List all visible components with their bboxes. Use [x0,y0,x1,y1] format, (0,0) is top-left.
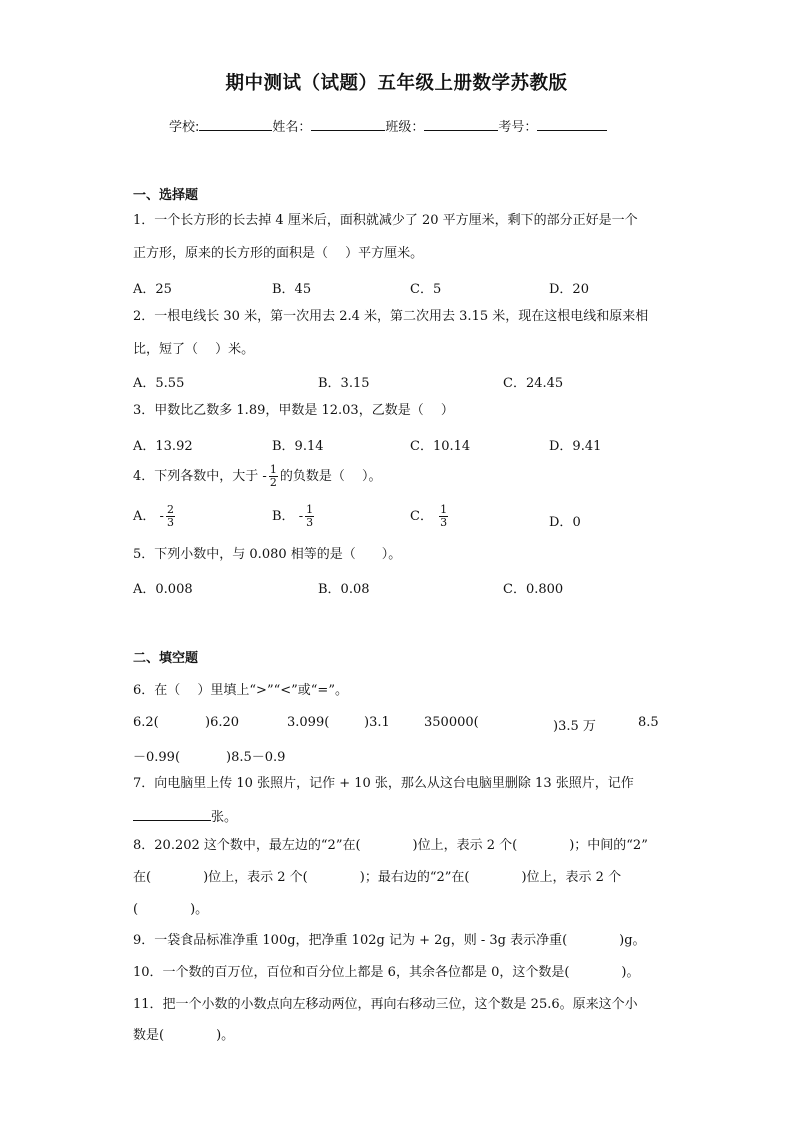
question-text: 把一个小数的小数点向左移动两位，再向右移动三位，这个数是 25.6。原来这个小 [163,997,638,1012]
q6-item-2-left: 3.099( [287,715,329,730]
q4-option-a[interactable]: A． -23 [133,503,177,531]
minus-sign: - [299,509,303,524]
question-11-line-2: 数是( )。 [133,1028,234,1044]
name-label: 姓名： [272,120,311,135]
school-blank[interactable] [199,118,272,131]
question-number: 6． [133,683,154,698]
q2-option-b[interactable]: B．3.15 [318,372,370,391]
option-label: D． [549,515,572,530]
class-blank[interactable] [424,118,498,131]
question-10-line-1: 10．一个数的百万位，百位和百分位上都是 6，其余各位都是 0，这个数是( )。 [133,965,640,981]
question-8-line-2: 在( )位上，表示 2 个( )；最右边的“2”在( )位上，表示 2 个 [133,870,621,886]
question-text: 甲数比乙数多 1.89，甲数是 12.03，乙数是（ ） [154,403,454,418]
question-number: 1． [133,213,154,228]
question-8-line-3: ( )。 [133,902,208,918]
q3-option-b[interactable]: B．9.14 [272,435,324,454]
q6-item-2-right: )3.1 [364,715,390,730]
question-number: 4． [133,469,154,484]
question-text: 下列小数中，与 0.080 相等的是（ ）。 [154,547,401,562]
question-number: 7． [133,776,154,791]
question-text: 向电脑里上传 10 张照片，记作 + 10 张，那么从这台电脑里删除 13 张照… [154,776,633,791]
q4-option-c[interactable]: C． 13 [410,503,450,531]
question-8-line-1: 8．20.202 这个数中，最左边的“2”在( )位上，表示 2 个( )；中间… [133,838,648,854]
q3-option-d[interactable]: D．9.41 [549,435,601,454]
question-text: 一个数的百万位，百位和百分位上都是 6，其余各位都是 0，这个数是( )。 [163,965,640,980]
page-title: 期中测试（试题）五年级上册数学苏教版 [0,69,793,95]
question-9-line-1: 9．一袋食品标准净重 100g，把净重 102g 记为 + 2g，则 - 3g … [133,933,646,949]
q5-option-a[interactable]: A．0.008 [133,578,193,597]
q2-option-c[interactable]: C．24.45 [503,372,563,391]
question-number: 8． [133,838,154,853]
question-text: 20.202 这个数中，最左边的“2”在( )位上，表示 2 个( )；中间的“… [154,838,648,853]
section-title-choice: 一、选择题 [133,188,198,204]
question-text: 下列各数中，大于 - [154,469,267,484]
denominator: 2 [270,477,277,489]
denominator: 3 [167,517,174,529]
question-1-line-1: 1．一个长方形的长去掉 4 厘米后，面积就减少了 20 平方厘米，剩下的部分正好… [133,213,638,229]
question-number: 10． [133,965,163,980]
fraction: 12 [269,464,278,489]
question-text: 一袋食品标准净重 100g，把净重 102g 记为 + 2g，则 - 3g 表示… [154,933,645,948]
school-label: 学校: [169,120,199,135]
question-text: 的负数是（ ）。 [280,469,382,484]
q5-option-b[interactable]: B．0.08 [318,578,370,597]
question-text: 张。 [211,810,237,825]
q5-option-c[interactable]: C．0.800 [503,578,563,597]
class-label: 班级： [385,120,424,135]
option-label: B． [272,509,295,524]
q1-option-a[interactable]: A．25 [133,278,172,297]
option-label: A． [133,509,155,524]
student-info-row: 学校:姓名：班级：考号： [169,116,607,135]
question-number: 3． [133,403,154,418]
option-value: 0 [572,515,580,530]
q3-option-a[interactable]: A．13.92 [133,435,193,454]
question-7-line-2: 张。 [133,808,237,826]
question-text: 一根电线长 30 米，第一次用去 2.4 米，第二次用去 3.15 米，现在这根… [154,309,648,324]
question-text: 一个长方形的长去掉 4 厘米后，面积就减少了 20 平方厘米，剩下的部分正好是一… [154,213,637,228]
denominator: 3 [306,517,313,529]
option-label: C． [410,509,433,524]
question-number: 9． [133,933,154,948]
q1-option-c[interactable]: C．5 [410,278,441,297]
question-4-line-1: 4．下列各数中，大于 -12的负数是（ ）。 [133,463,381,491]
q6-item-3-left: 350000( [424,715,479,730]
fraction: 13 [439,504,448,529]
question-2-line-1: 2．一根电线长 30 米，第一次用去 2.4 米，第二次用去 3.15 米，现在… [133,309,648,325]
q6-item-4-mid: －0.99( [133,746,180,765]
q6-item-1-right: )6.20 [205,715,239,730]
question-6-line-1: 6．在（ ）里填上“>”“<”或“=”。 [133,683,348,699]
q6-item-1-left: 6.2( [133,715,159,730]
question-2-line-2: 比，短了（ ）米。 [133,342,254,358]
question-3-line-1: 3．甲数比乙数多 1.89，甲数是 12.03，乙数是（ ） [133,403,454,419]
fraction: 13 [305,504,314,529]
question-number: 2． [133,309,154,324]
fraction: 23 [166,504,175,529]
q6-item-3-right: )3.5 万 [553,715,596,734]
q1-option-d[interactable]: D．20 [549,278,589,297]
name-blank[interactable] [311,118,385,131]
question-number: 5． [133,547,154,562]
question-7-line-1: 7．向电脑里上传 10 张照片，记作 + 10 张，那么从这台电脑里删除 13 … [133,776,634,792]
question-11-line-1: 11．把一个小数的小数点向左移动两位，再向右移动三位，这个数是 25.6。原来这… [133,997,638,1013]
question-text: 在（ ）里填上“>”“<”或“=”。 [154,683,348,698]
denominator: 3 [440,517,447,529]
section-title-fill-in: 二、填空题 [133,651,198,667]
question-5-line-1: 5．下列小数中，与 0.080 相等的是（ ）。 [133,547,401,563]
question-number: 11． [133,997,163,1012]
q6-item-4-right: )8.5－0.9 [226,746,285,765]
q4-option-b[interactable]: B． -13 [272,503,316,531]
q4-option-d[interactable]: D．0 [549,511,581,530]
q2-option-a[interactable]: A．5.55 [133,372,184,391]
exam-number-label: 考号： [498,120,537,135]
q1-option-b[interactable]: B．45 [272,278,311,297]
q6-item-4-left: 8.5 [638,715,659,730]
minus-sign: - [160,509,164,524]
q3-option-c[interactable]: C．10.14 [410,435,470,454]
exam-number-blank[interactable] [537,118,607,131]
answer-blank[interactable] [133,808,211,821]
question-1-line-2: 正方形，原来的长方形的面积是（ ）平方厘米。 [133,246,423,262]
